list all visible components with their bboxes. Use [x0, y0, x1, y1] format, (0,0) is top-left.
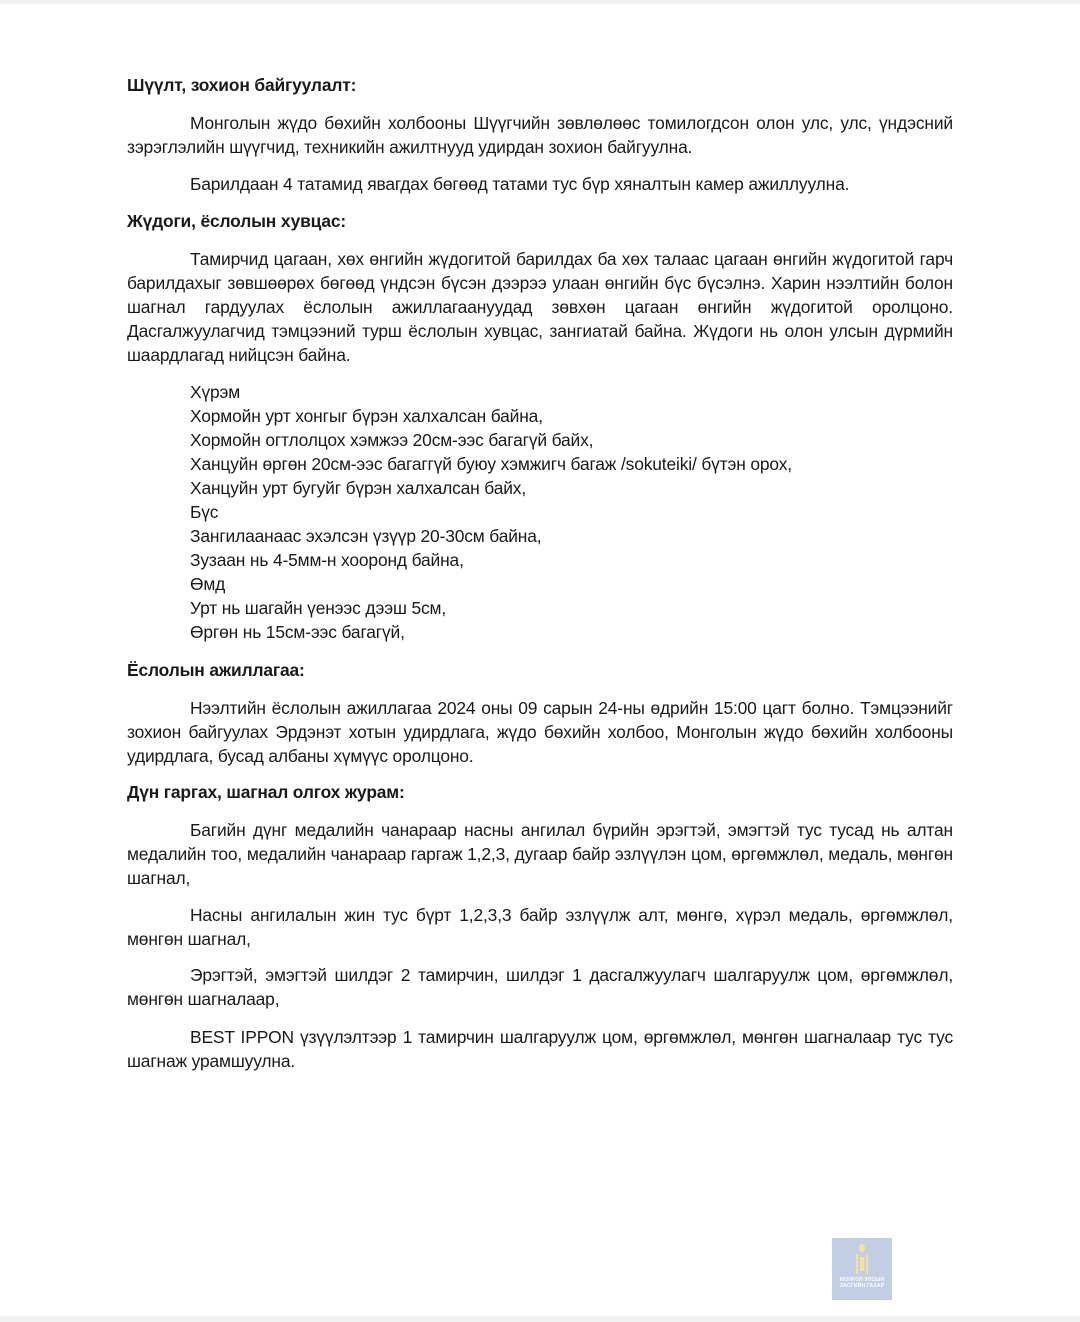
section-heading: Шүүлт, зохион байгуулалт: — [127, 73, 953, 97]
watermark-text: МОНГОЛ УЛСЫН ЗАСГИЙН ГАЗАР — [840, 1277, 884, 1289]
section-judogi-body: Тамирчид цагаан, хөх өнгийн жүдогитой ба… — [127, 247, 953, 367]
list-item: Өмд — [190, 572, 953, 596]
list-item: Бүс — [190, 500, 953, 524]
paragraph: BEST IPPON үзүүлэлтээр 1 тамирчин шалгар… — [127, 1025, 953, 1073]
list-item: Хормойн урт хонгыг бүрэн халхалсан байна… — [190, 404, 953, 428]
paragraph: Эрэгтэй, эмэгтэй шилдэг 2 тамирчин, шилд… — [127, 963, 953, 1011]
paragraph: Монголын жүдо бөхийн холбооны Шүүгчийн з… — [127, 111, 953, 159]
section-heading: Дүн гаргах, шагнал олгох журам: — [127, 780, 953, 804]
section-ceremony: Ёслолын ажиллагаа: — [127, 658, 953, 682]
section-heading: Жүдоги, ёслолын хувцас: — [127, 209, 953, 233]
section-judging-body: Монголын жүдо бөхийн холбооны Шүүгчийн з… — [127, 111, 953, 159]
section-heading: Ёслолын ажиллагаа: — [127, 658, 953, 682]
paragraph: Нээлтийн ёслолын ажиллагаа 2024 оны 09 с… — [127, 696, 953, 768]
paragraph: Насны ангилалын жин тус бүрт 1,2,3,3 бай… — [127, 903, 953, 951]
section-awards-body-1: Багийн дүнг медалийн чанараар насны анги… — [127, 818, 953, 890]
section-awards-body-4: BEST IPPON үзүүлэлтээр 1 тамирчин шалгар… — [127, 1025, 953, 1073]
list-item: Ханцуйн урт бугуйг бүрэн халхалсан байх, — [190, 476, 953, 500]
list-item: Зангилаанаас эхэлсэн үзүүр 20-30см байна… — [190, 524, 953, 548]
section-awards-body-2: Насны ангилалын жин тус бүрт 1,2,3,3 бай… — [127, 903, 953, 951]
section-judging-body-2: Барилдаан 4 татамид явагдах бөгөөд татам… — [127, 172, 953, 196]
section-awards: Дүн гаргах, шагнал олгох журам: — [127, 780, 953, 804]
section-judogi: Жүдоги, ёслолын хувцас: — [127, 209, 953, 233]
list-item: Хормойн огтлолцох хэмжээ 20см-ээс багагү… — [190, 428, 953, 452]
section-awards-body-3: Эрэгтэй, эмэгтэй шилдэг 2 тамирчин, шилд… — [127, 963, 953, 1011]
paragraph: Тамирчид цагаан, хөх өнгийн жүдогитой ба… — [127, 247, 953, 367]
list-item: Зузаан нь 4-5мм-н хооронд байна, — [190, 548, 953, 572]
soyombo-emblem-icon — [855, 1244, 869, 1274]
list-item: Урт нь шагайн үенээс дээш 5см, — [190, 596, 953, 620]
paragraph: Багийн дүнг медалийн чанараар насны анги… — [127, 818, 953, 890]
section-ceremony-body: Нээлтийн ёслолын ажиллагаа 2024 оны 09 с… — [127, 696, 953, 768]
government-watermark-logo: МОНГОЛ УЛСЫН ЗАСГИЙН ГАЗАР — [832, 1238, 892, 1300]
list-item: Өргөн нь 15см-ээс багагүй, — [190, 620, 953, 644]
list-item: Хүрэм — [190, 380, 953, 404]
judogi-requirements-list: Хүрэм Хормойн урт хонгыг бүрэн халхалсан… — [127, 380, 953, 644]
paragraph: Барилдаан 4 татамид явагдах бөгөөд татам… — [127, 172, 953, 196]
watermark-line-2: ЗАСГИЙН ГАЗАР — [840, 1283, 884, 1289]
section-judging: Шүүлт, зохион байгуулалт: — [127, 73, 953, 97]
list-item: Ханцуйн өргөн 20см-ээс багаггүй буюу хэм… — [190, 452, 953, 476]
document-page: Шүүлт, зохион байгуулалт: Монголын жүдо … — [0, 4, 1080, 1316]
